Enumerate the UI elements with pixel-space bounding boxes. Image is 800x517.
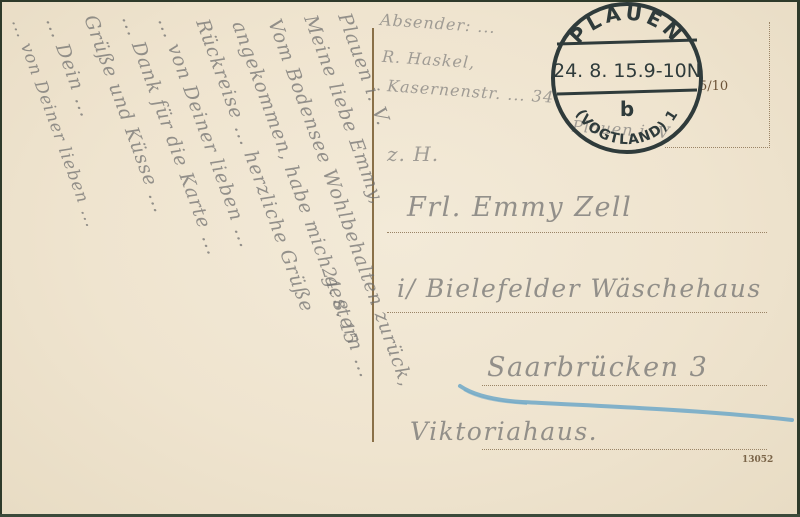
postmark-letter: b <box>620 97 634 121</box>
postcard-back: 5/10 13052 Absender: ... R. Haskel, Kase… <box>2 2 797 514</box>
postmark-stamp: PLAUEN 24. 8. 15.9-10N b (VOGTLAND) 1 <box>547 2 707 158</box>
postmark-date: 24. 8. 15.9-10N <box>553 60 701 82</box>
